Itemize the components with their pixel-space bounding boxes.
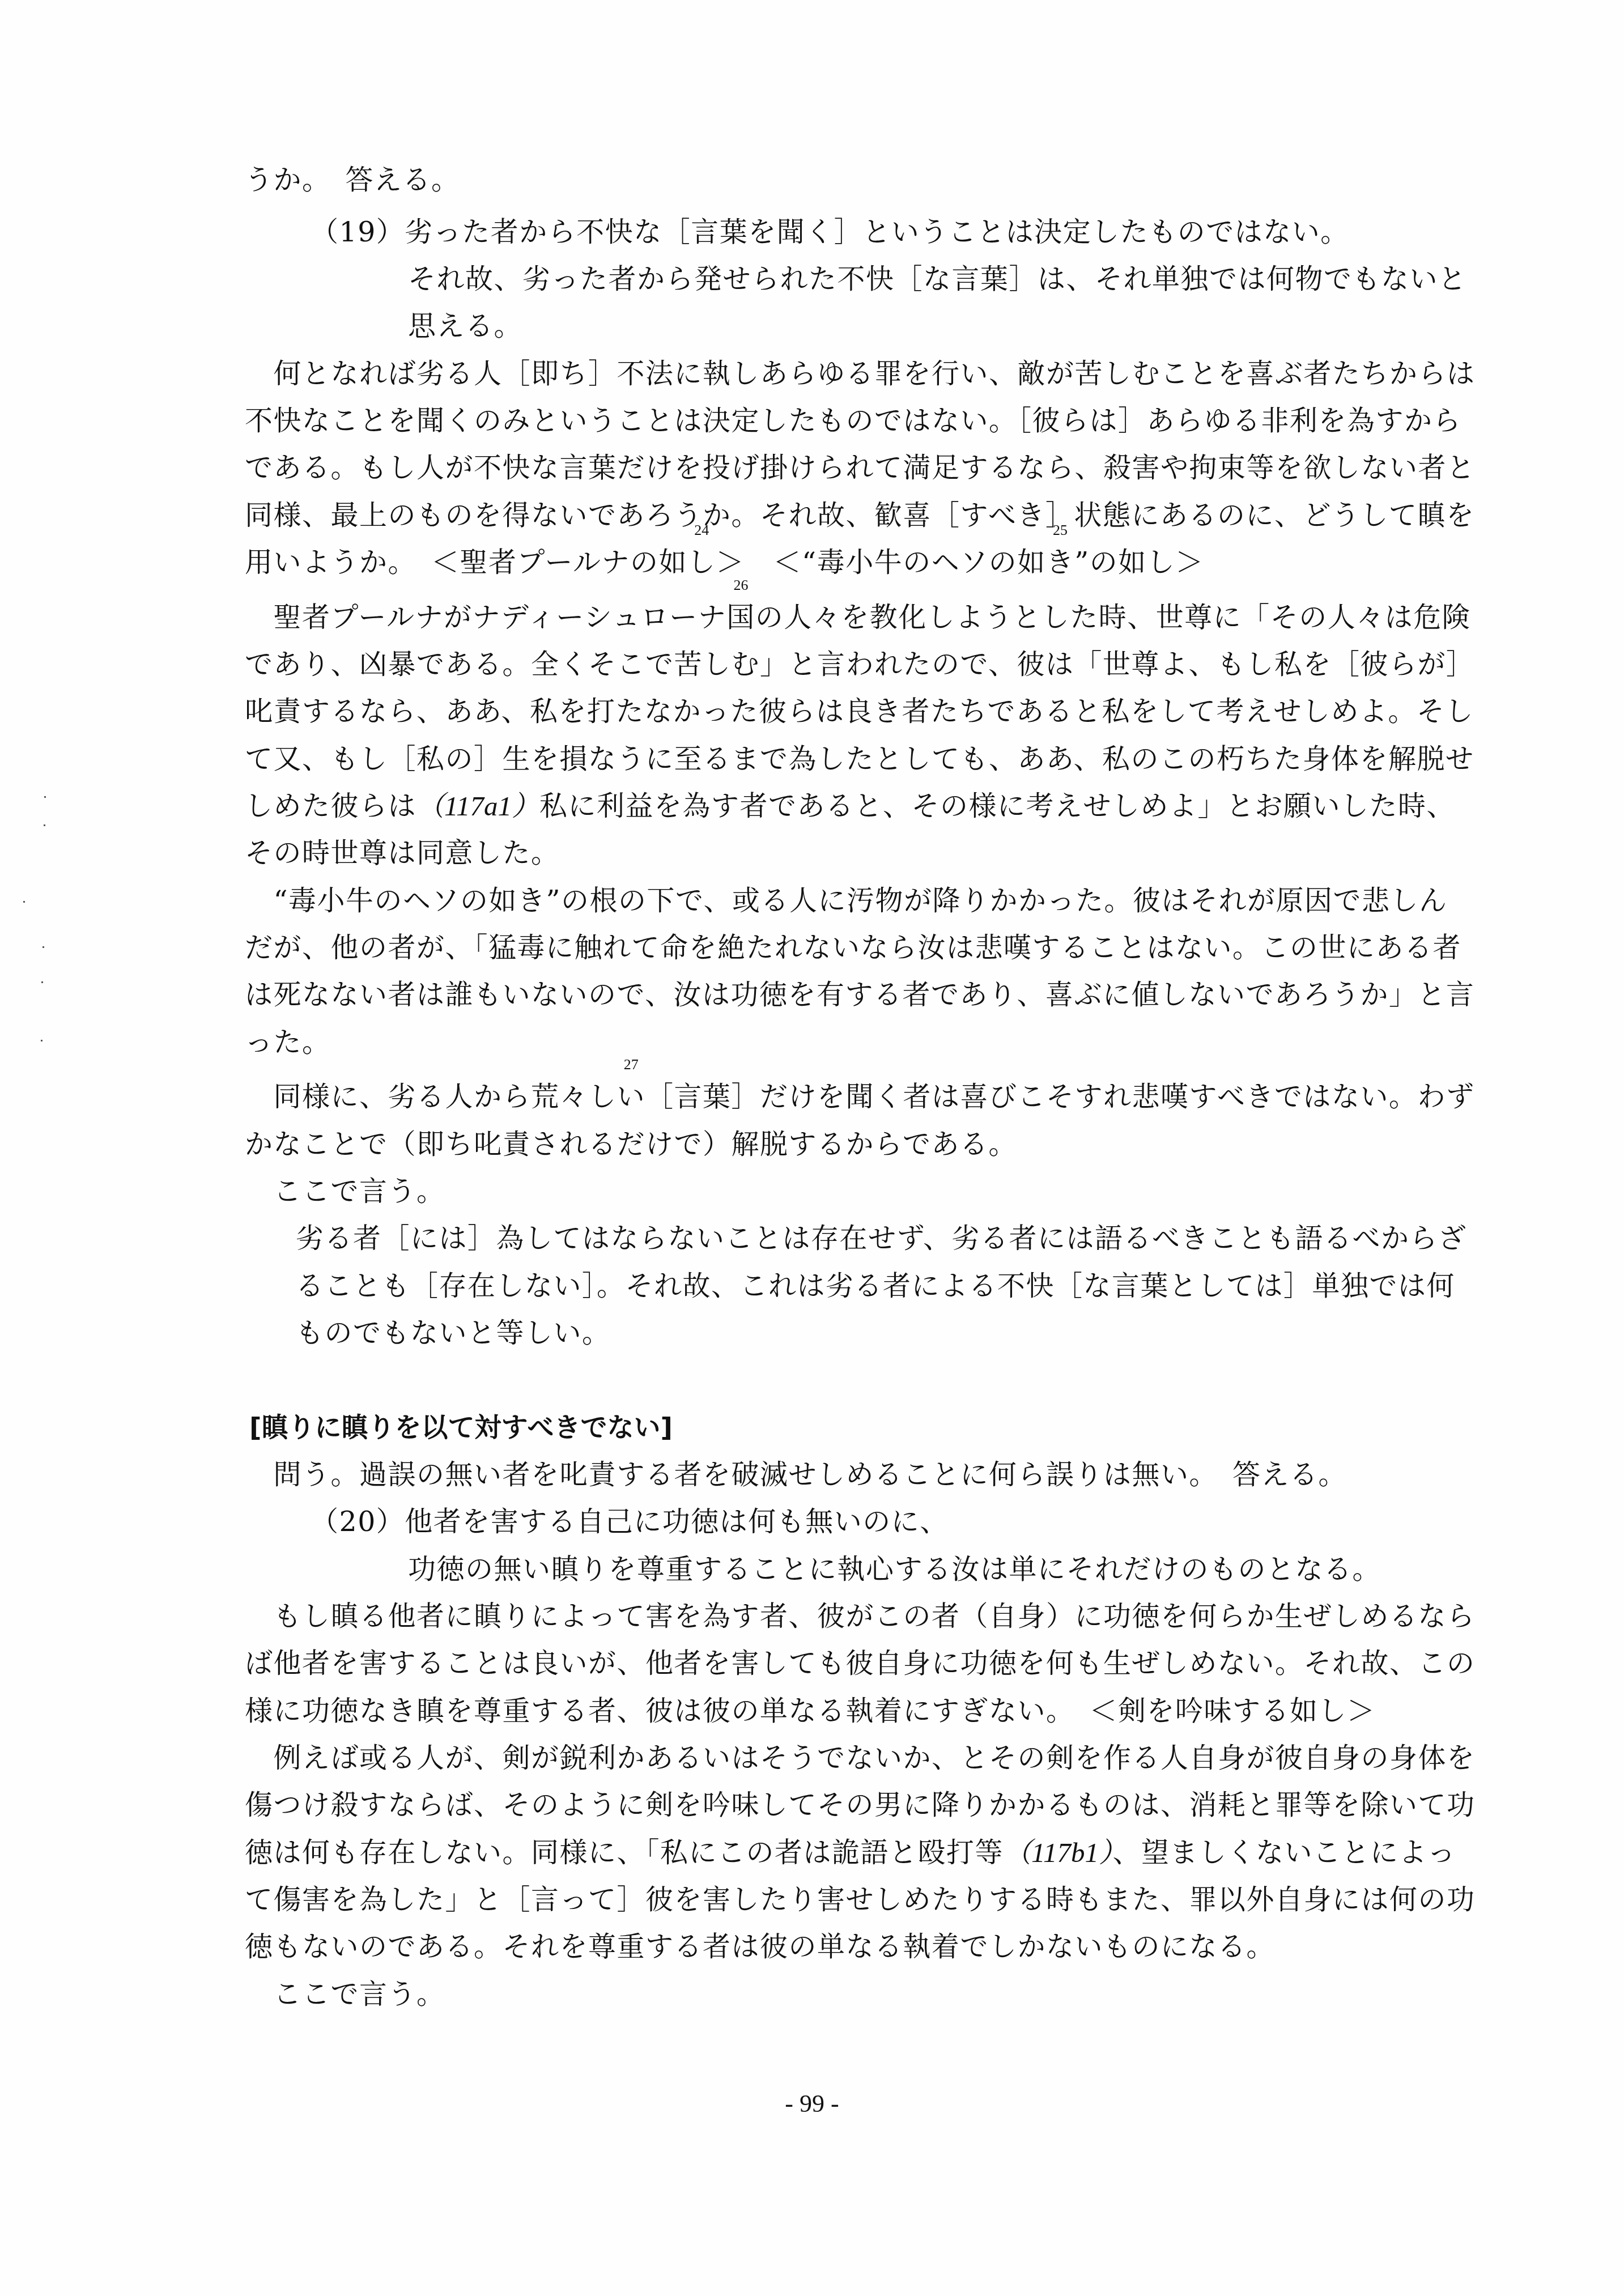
scan-speck: [41, 981, 43, 983]
scan-speck: [44, 824, 45, 826]
text-line: ここで言う。: [245, 1978, 445, 2012]
text-line: かなことで（即ち叱責されるだけで）解脱するからである。: [245, 1128, 1017, 1162]
text-segment: 例えば或る人が、剣が鋭利かあるいはそうでないか、とその剣を作る人自身が彼自身の身…: [245, 1742, 1476, 1774]
text-segment: だが、他の者が、「猛毒に触れて命を絶たれないなら汝は悲嘆することはない。この世に…: [245, 932, 1461, 964]
text-segment: （20）他者を害する自己に功徳は何も無いのに、: [311, 1506, 949, 1538]
text-segment: 私に利益を為す者であると、その様に考えせしめよ」とお願いした時、: [539, 790, 1455, 822]
text-segment: い: [617, 1081, 646, 1113]
text-segment: 聖者プールナがナディーシュローナ: [245, 601, 726, 633]
text-line: て又、もし［私の］生を損なうに至るまで為したとしても、ああ、私のこの朽ちた身体を…: [245, 742, 1474, 776]
text-segment: ＞ ＜“毒小牛のヘソの如: [716, 546, 1046, 579]
text-line: だが、他の者が、「猛毒に触れて命を絶たれないなら汝は悲嘆することはない。この世に…: [245, 931, 1461, 965]
text-segment: ”の如し＞: [1074, 546, 1204, 579]
text-segment: しめた彼らは: [245, 790, 416, 822]
text-line: ば他者を害することは良いが、他者を害しても彼自身に功徳を何も生ぜしめない。それ故…: [245, 1647, 1476, 1681]
text-line: であり、凶暴である。全くそこで苦しむ」と言われたので、彼は「世尊よ、もし私を［彼…: [245, 648, 1475, 682]
text-line: 徳もないのである。それを尊重する者は彼の単なる執着でしかないものになる。: [245, 1930, 1275, 1964]
text-segment: であり、凶暴である。全くそこで苦しむ」と言われたので、彼は「世尊よ、もし私を［彼…: [245, 648, 1475, 681]
text-segment: 、望ましくないことによっ: [1112, 1836, 1456, 1869]
text-segment: ものでもないと等しい。: [296, 1317, 611, 1349]
text-line: は死なない者は誰もいないので、汝は功徳を有する者であり、喜ぶに値しないであろうか…: [245, 978, 1475, 1012]
text-segment: 同様、最上のものを得ないであろうか。それ故、歓喜［すべき］状態にあるのに、どうし…: [245, 499, 1475, 532]
footnote-number: 27: [624, 1057, 639, 1072]
text-segment: 様に功徳なき瞋を尊重する者、彼は彼の単なる執着にすぎない。 ＜剣を吟味する如し＞: [245, 1695, 1376, 1727]
text-segment: 叱責するなら、ああ、私を打たなかった彼らは良き者たちであると私をして考えせしめよ…: [245, 695, 1474, 728]
text-line: 問う。過誤の無い者を叱責する者を破滅せしめることに何ら誤りは無い。 答える。: [245, 1458, 1347, 1492]
text-segment: った。: [245, 1026, 331, 1058]
text-segment: ［言葉］だけを聞く者は喜びこそすれ悲嘆すべきではない。わず: [645, 1081, 1475, 1113]
text-segment: の人々を教化しようとした時、世尊に「その人々は危険: [755, 601, 1471, 633]
text-segment: うか。 答える。: [245, 164, 460, 196]
text-line: ものでもないと等しい。: [296, 1316, 611, 1350]
text-segment: 用いようか。 ＜聖者プールナの如: [245, 546, 687, 579]
text-line: 様に功徳なき瞋を尊重する者、彼は彼の単なる執着にすぎない。 ＜剣を吟味する如し＞: [245, 1694, 1376, 1728]
footnote-anchor: し24: [687, 546, 716, 580]
text-line: 劣る者［には］為してはならないことは存在せず、劣る者には語るべきことも語るべから…: [296, 1222, 1467, 1256]
footnote-number: 26: [733, 578, 748, 593]
text-line: 叱責するなら、ああ、私を打たなかった彼らは良き者たちであると私をして考えせしめよ…: [245, 695, 1474, 729]
text-line: 同様、最上のものを得ないであろうか。それ故、歓喜［すべき］状態にあるのに、どうし…: [245, 499, 1475, 533]
text-segment: 劣る者［には］為してはならないことは存在せず、劣る者には語るべきことも語るべから…: [296, 1222, 1467, 1255]
text-segment: [瞋りに瞋りを以て対すべきでない]: [249, 1412, 673, 1443]
text-segment: もし瞋る他者に瞋りによって害を為す者、彼がこの者（自身）に功徳を何らか生ぜしめる…: [245, 1600, 1476, 1632]
text-segment: は死なない者は誰もいないので、汝は功徳を有する者であり、喜ぶに値しないであろうか…: [245, 979, 1475, 1011]
text-segment: し: [687, 546, 716, 579]
text-line: 不快なことを聞くのみということは決定したものではない。［彼らは］あらゆる非利を為…: [245, 404, 1461, 438]
section-heading: [瞋りに瞋りを以て対すべきでない]: [249, 1411, 673, 1445]
text-segment: 徳もないのである。それを尊重する者は彼の単なる執着でしかないものになる。: [245, 1931, 1275, 1963]
text-line: 徳は何も存在しない。同様に、「私にこの者は詭語と殴打等（117b1）、望ましくな…: [245, 1836, 1456, 1870]
text-segment: ば他者を害することは良いが、他者を害しても彼自身に功徳を何も生ぜしめない。それ故…: [245, 1647, 1476, 1680]
text-segment: 何となれば劣る人［即ち］不法に執しあらゆる罪を行い、敵が苦しむことを喜ぶ者たちか…: [245, 358, 1476, 390]
text-line: 思える。: [408, 309, 522, 343]
text-line: 何となれば劣る人［即ち］不法に執しあらゆる罪を行い、敵が苦しむことを喜ぶ者たちか…: [245, 357, 1476, 391]
text-line: うか。 答える。: [245, 163, 460, 197]
text-segment: 徳は何も存在しない。同様に、「私にこの者は詭語と殴打等: [245, 1836, 1004, 1869]
text-line: である。もし人が不快な言葉だけを投げ掛けられて満足するなら、殺害や拘束等を欲しな…: [245, 451, 1476, 485]
footnote-number: 24: [694, 523, 709, 538]
document-page: うか。 答える。（19）劣った者から不快な［言葉を聞く］ということは決定したもの…: [0, 0, 1624, 2296]
text-line: その時世尊は同意した。: [245, 836, 560, 870]
scan-speck: [44, 796, 46, 798]
text-line: て傷害を為した」と［言って］彼を害したり害せしめたりする時もまた、罪以外自身には…: [245, 1883, 1476, 1917]
text-segment: （19）劣った者から不快な［言葉を聞く］ということは決定したものではない。: [311, 216, 1349, 248]
text-line: 功徳の無い瞋りを尊重することに執心する汝は単にそれだけのものとなる。: [408, 1553, 1381, 1587]
text-segment: 思える。: [408, 310, 522, 342]
text-segment: て傷害を為した」と［言って］彼を害したり害せしめたりする時もまた、罪以外自身には…: [245, 1883, 1476, 1916]
text-line: もし瞋る他者に瞋りによって害を為す者、彼がこの者（自身）に功徳を何らか生ぜしめる…: [245, 1600, 1476, 1634]
text-segment: それ故、劣った者から発せられた不快［な言葉］は、それ単独では何物でもないと: [408, 263, 1467, 295]
text-segment: 不快なことを聞くのみということは決定したものではない。［彼らは］あらゆる非利を為…: [245, 405, 1461, 437]
text-segment: かなことで（即ち叱責されるだけで）解脱するからである。: [245, 1128, 1017, 1160]
text-segment: “毒小牛のヘソの如き”の根の下で、或る人に汚物が降りかかった。彼はそれが原因で悲…: [245, 885, 1448, 917]
footnote-anchor: 国26: [726, 601, 755, 635]
text-segment: 国: [726, 601, 755, 633]
text-segment: 功徳の無い瞋りを尊重することに執心する汝は単にそれだけのものとなる。: [408, 1553, 1381, 1585]
footnote-number: 25: [1053, 523, 1068, 538]
scan-speck: [41, 1040, 42, 1041]
text-line: 傷つけ殺すならば、そのように剣を吟味してその男に降りかかるものは、消耗と罪等を除…: [245, 1788, 1476, 1822]
text-line: それ故、劣った者から発せられた不快［な言葉］は、それ単独では何物でもないと: [408, 262, 1467, 296]
folio-reference: （117a1）: [416, 790, 539, 822]
text-segment: 同様に、劣る人から荒々し: [245, 1081, 617, 1113]
scan-speck: [42, 946, 44, 948]
footnote-anchor: い27: [617, 1080, 646, 1114]
text-segment: ここで言う。: [245, 1978, 445, 2010]
text-segment: その時世尊は同意した。: [245, 837, 560, 869]
text-segment: き: [1046, 546, 1075, 579]
folio-reference: （117b1）: [1004, 1837, 1112, 1868]
text-line: った。: [245, 1026, 331, 1060]
page-number: - 99 -: [0, 2090, 1624, 2118]
text-segment: ここで言う。: [245, 1175, 445, 1207]
text-line: 例えば或る人が、剣が鋭利かあるいはそうでないか、とその剣を作る人自身が彼自身の身…: [245, 1741, 1476, 1775]
text-line: しめた彼らは（117a1）私に利益を為す者であると、その様に考えせしめよ」とお願…: [245, 789, 1455, 823]
text-line: ることも［存在しない］。それ故、これは劣る者による不快［な言葉としては］単独では…: [296, 1269, 1455, 1303]
text-segment: 問う。過誤の無い者を叱責する者を破滅せしめることに何ら誤りは無い。 答える。: [245, 1459, 1347, 1491]
scan-speck: [23, 901, 25, 903]
text-line: （20）他者を害する自己に功徳は何も無いのに、: [311, 1505, 949, 1539]
text-line: （19）劣った者から不快な［言葉を聞く］ということは決定したものではない。: [311, 215, 1349, 249]
footnote-anchor: き25: [1046, 546, 1075, 580]
text-segment: て又、もし［私の］生を損なうに至るまで為したとしても、ああ、私のこの朽ちた身体を…: [245, 743, 1474, 775]
text-segment: 傷つけ殺すならば、そのように剣を吟味してその男に降りかかるものは、消耗と罪等を除…: [245, 1789, 1476, 1821]
text-segment: ることも［存在しない］。それ故、これは劣る者による不快［な言葉としては］単独では…: [296, 1270, 1455, 1302]
text-line: 同様に、劣る人から荒々しい27［言葉］だけを聞く者は喜びこそすれ悲嘆すべきではな…: [245, 1080, 1475, 1114]
text-line: 聖者プールナがナディーシュローナ国26の人々を教化しようとした時、世尊に「その人…: [245, 601, 1470, 635]
text-line: “毒小牛のヘソの如き”の根の下で、或る人に汚物が降りかかった。彼はそれが原因で悲…: [245, 884, 1448, 918]
text-line: 用いようか。 ＜聖者プールナの如し24＞ ＜“毒小牛のヘソの如き25”の如し＞: [245, 546, 1204, 580]
text-segment: である。もし人が不快な言葉だけを投げ掛けられて満足するなら、殺害や拘束等を欲しな…: [245, 452, 1476, 484]
text-line: ここで言う。: [245, 1175, 445, 1209]
